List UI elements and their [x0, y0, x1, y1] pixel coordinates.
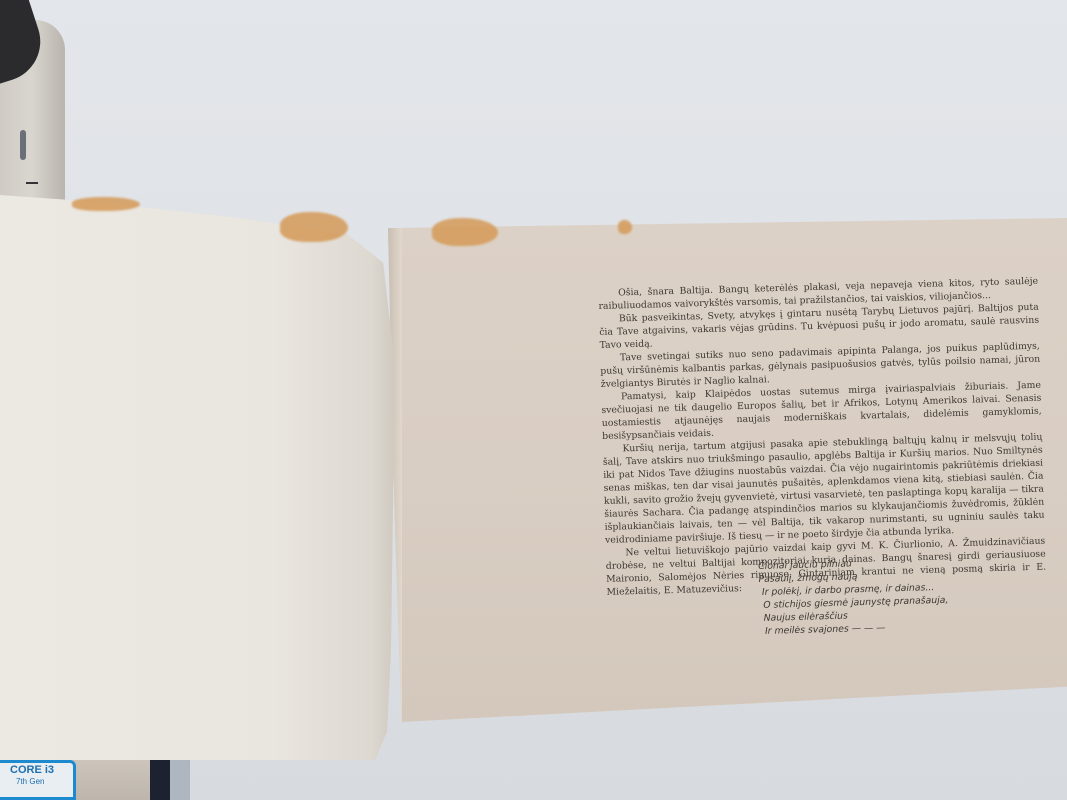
stain-right-2: [618, 220, 632, 234]
cpu-sticker: CORE i3 7th Gen: [0, 760, 76, 800]
stain-right-1: [432, 218, 498, 246]
paragraph: Kuršių nerija, tartum atgijusi pasaka ap…: [602, 431, 1045, 547]
sticker-line1: CORE i3: [10, 765, 73, 776]
stain-left-1: [72, 197, 140, 211]
laptop-indicator: [26, 182, 38, 184]
page-text: Ošia, šnara Baltija. Bangų keterėlės pla…: [598, 275, 1047, 599]
left-page: [0, 195, 395, 760]
poem: Čionai jaučiu pilniau Pasaulį, žmogų nau…: [758, 554, 980, 638]
sticker-line2: 7th Gen: [10, 776, 73, 787]
stain-left-2: [280, 212, 348, 242]
laptop-port: [20, 130, 26, 160]
